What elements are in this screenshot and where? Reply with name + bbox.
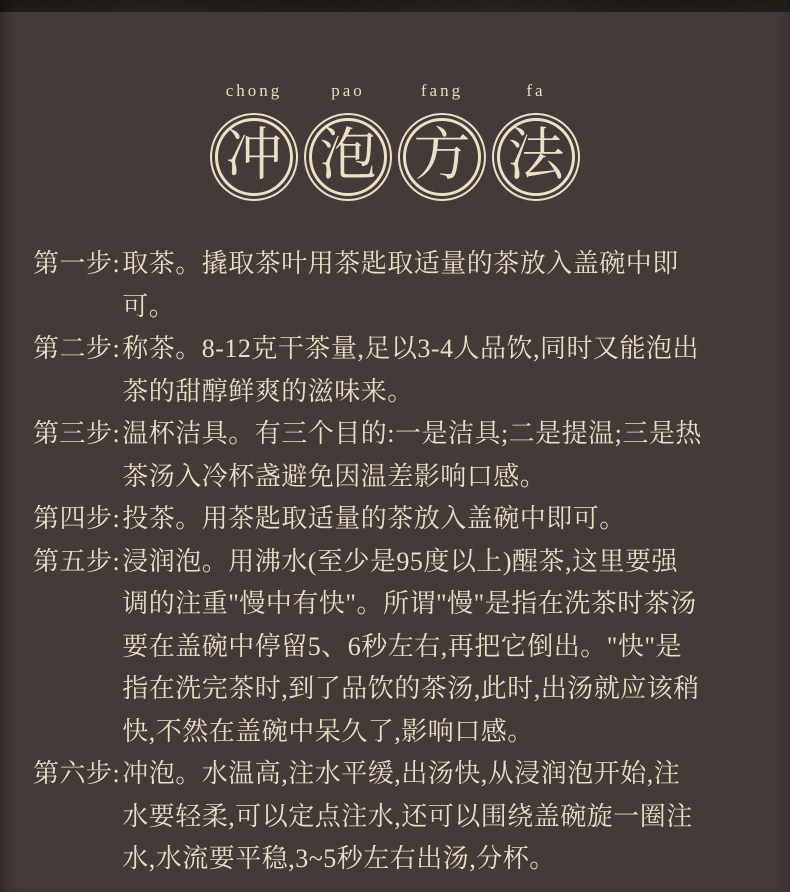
hanzi-pao: 泡 bbox=[320, 127, 377, 188]
step-label: 第六步: bbox=[33, 753, 120, 796]
step-label: 第三步: bbox=[33, 413, 120, 456]
step-5: 第五步: 浸润泡。用沸水(至少是95度以上)醒茶,这里要强调的注重"慢中有快"。… bbox=[33, 541, 702, 754]
step-text: 称茶。8-12克干茶量,足以3-4人品饮,同时又能泡出茶的甜醇鲜爽的滋味来。 bbox=[120, 328, 702, 413]
title-char-fa: fa 法 bbox=[492, 80, 580, 201]
step-text: 浸润泡。用沸水(至少是95度以上)醒茶,这里要强调的注重"慢中有快"。所谓"慢"… bbox=[120, 541, 702, 754]
pinyin-pao: pao bbox=[331, 80, 365, 102]
step-text: 温杯洁具。有三个目的:一是洁具;二是提温;三是热茶汤入冷杯盏避免因温差影响口感。 bbox=[120, 413, 702, 498]
hanzi-fa: 法 bbox=[508, 127, 565, 188]
pinyin-fang: fang bbox=[421, 80, 463, 102]
circle-badge: 泡 bbox=[304, 113, 392, 201]
hanzi-chong: 冲 bbox=[226, 127, 283, 188]
step-label: 第一步: bbox=[33, 243, 120, 286]
step-text: 冲泡。水温高,注水平缓,出汤快,从浸润泡开始,注水要轻柔,可以定点注水,还可以围… bbox=[120, 753, 702, 881]
steps-list: 第一步: 取茶。撬取茶叶用茶匙取适量的茶放入盖碗中即可。 第二步: 称茶。8-1… bbox=[0, 243, 790, 881]
pinyin-fa: fa bbox=[526, 80, 545, 102]
top-dark-edge-strip bbox=[0, 0, 790, 12]
circle-badge: 方 bbox=[398, 113, 486, 201]
step-text: 投茶。用茶匙取适量的茶放入盖碗中即可。 bbox=[120, 498, 702, 541]
hanzi-fang: 方 bbox=[414, 127, 471, 188]
title-char-chong: chong 冲 bbox=[210, 80, 298, 201]
step-3: 第三步: 温杯洁具。有三个目的:一是洁具;二是提温;三是热茶汤入冷杯盏避免因温差… bbox=[33, 413, 702, 498]
step-label: 第四步: bbox=[33, 498, 120, 541]
step-text: 取茶。撬取茶叶用茶匙取适量的茶放入盖碗中即可。 bbox=[120, 243, 702, 328]
circle-badge: 冲 bbox=[210, 113, 298, 201]
step-2: 第二步: 称茶。8-12克干茶量,足以3-4人品饮,同时又能泡出茶的甜醇鲜爽的滋… bbox=[33, 328, 702, 413]
pinyin-chong: chong bbox=[226, 80, 283, 102]
title-char-fang: fang 方 bbox=[398, 80, 486, 201]
step-label: 第五步: bbox=[33, 541, 120, 584]
title-char-pao: pao 泡 bbox=[304, 80, 392, 201]
step-label: 第二步: bbox=[33, 328, 120, 371]
step-6: 第六步: 冲泡。水温高,注水平缓,出汤快,从浸润泡开始,注水要轻柔,可以定点注水… bbox=[33, 753, 702, 881]
circle-badge: 法 bbox=[492, 113, 580, 201]
tea-brewing-instructions-page: { "page": { "bg_color": "#443a37", "top_… bbox=[0, 0, 790, 892]
step-1: 第一步: 取茶。撬取茶叶用茶匙取适量的茶放入盖碗中即可。 bbox=[33, 243, 702, 328]
page-title: chong 冲 pao 泡 fang 方 fa 法 bbox=[0, 80, 790, 201]
step-4: 第四步: 投茶。用茶匙取适量的茶放入盖碗中即可。 bbox=[33, 498, 702, 541]
